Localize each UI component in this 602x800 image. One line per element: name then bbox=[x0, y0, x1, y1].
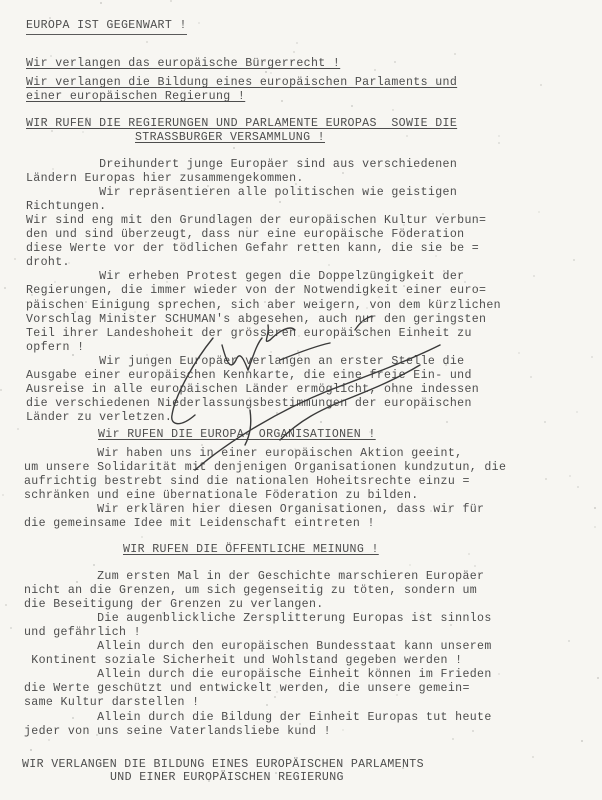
paper-speck bbox=[275, 772, 277, 774]
paper-speck bbox=[278, 125, 280, 127]
paper-speck bbox=[100, 2, 102, 4]
paper-speck bbox=[591, 356, 593, 358]
section2-line: aufrichtig bestrebt sind die nationalen … bbox=[24, 475, 470, 489]
appeal-heading-line2: STRASSBURGER VERSAMMLUNG ! bbox=[135, 131, 325, 145]
paper-speck bbox=[265, 71, 267, 73]
paper-speck bbox=[170, 0, 172, 2]
paper-speck bbox=[320, 421, 322, 423]
section1-line: droht. bbox=[26, 256, 70, 270]
paper-speck bbox=[518, 352, 520, 354]
paper-speck bbox=[468, 553, 470, 555]
paper-speck bbox=[594, 507, 596, 509]
section1-line: Wir jungen Europäer verlangen an erster … bbox=[26, 355, 464, 369]
paper-speck bbox=[538, 211, 540, 213]
paper-speck bbox=[30, 749, 32, 751]
section3-line: die Beseitigung der Grenzen zu verlangen… bbox=[24, 598, 324, 612]
section3-line: Allein durch die Bildung der Einheit Eur… bbox=[24, 711, 492, 725]
section1-line: Wir repräsentieren alle politischen wie … bbox=[26, 186, 457, 200]
paper-speck bbox=[366, 307, 368, 309]
demand-parliament-line2: einer europäischen Regierung ! bbox=[26, 90, 245, 104]
paper-speck bbox=[464, 281, 466, 283]
paper-speck bbox=[435, 255, 437, 257]
section3-line: nicht an die Grenzen, um sich gegenseiti… bbox=[24, 584, 477, 598]
paper-speck bbox=[93, 564, 95, 566]
paper-speck bbox=[533, 275, 535, 277]
section1-line: Ausreise in alle europäischen Länder erm… bbox=[26, 383, 479, 397]
paper-speck bbox=[266, 704, 268, 706]
paper-speck bbox=[264, 301, 266, 303]
section1-line: Richtungen. bbox=[26, 200, 106, 214]
closing-line1: WIR VERLANGEN DIE BILDUNG EINES EUROPÄIS… bbox=[22, 758, 424, 772]
paper-speck bbox=[452, 738, 454, 740]
paper-speck bbox=[279, 201, 281, 203]
paper-speck bbox=[569, 475, 571, 477]
section1-line: diese Werte vor der tödlichen Gefahr ret… bbox=[26, 242, 479, 256]
paper-speck bbox=[142, 593, 144, 595]
section1-line: Wir sind eng mit den Grundlagen der euro… bbox=[26, 214, 486, 228]
paper-speck bbox=[250, 714, 252, 716]
paper-speck bbox=[421, 611, 423, 613]
paper-speck bbox=[351, 105, 353, 107]
section1-line: Dreihundert junge Europäer sind aus vers… bbox=[26, 158, 457, 172]
paper-speck bbox=[233, 147, 235, 149]
paper-speck bbox=[406, 135, 408, 137]
paper-speck bbox=[293, 51, 295, 53]
paper-speck bbox=[198, 22, 200, 24]
section2-line: um unsere Solidarität mit denjenigen Org… bbox=[24, 461, 506, 475]
paper-speck bbox=[296, 42, 298, 44]
paper-speck bbox=[51, 130, 53, 132]
paper-speck bbox=[10, 627, 12, 629]
paper-speck bbox=[581, 740, 583, 742]
paper-speck bbox=[5, 604, 7, 606]
paper-speck bbox=[52, 168, 54, 170]
section3-line: Kontinent soziale Sicherheit und Wohlsta… bbox=[24, 654, 462, 668]
paper-speck bbox=[342, 729, 344, 731]
paper-speck bbox=[298, 335, 300, 337]
section1-line: Länder zu verletzen. bbox=[26, 411, 172, 425]
paper-speck bbox=[544, 421, 546, 423]
paper-speck bbox=[141, 536, 143, 538]
section1-line: Regierungen, die immer wieder von der No… bbox=[26, 284, 486, 298]
paper-speck bbox=[392, 109, 394, 111]
paper-speck bbox=[446, 421, 448, 423]
paper-speck bbox=[53, 244, 55, 246]
paper-speck bbox=[369, 431, 371, 433]
paper-speck bbox=[576, 411, 578, 413]
paper-speck bbox=[594, 526, 596, 528]
paper-speck bbox=[2, 494, 4, 496]
paper-speck bbox=[573, 259, 575, 261]
section3-line: Allein durch den europäischen Bundesstaa… bbox=[24, 640, 492, 654]
demand-parliament-line1: Wir verlangen die Bildung eines europäis… bbox=[26, 76, 457, 90]
paper-speck bbox=[394, 61, 396, 63]
paper-speck bbox=[207, 185, 209, 187]
paper-speck bbox=[34, 205, 36, 207]
typewritten-manifesto-page: EUROPA IST GEGENWART ! Wir verlangen das… bbox=[0, 0, 602, 800]
paper-speck bbox=[409, 564, 411, 566]
paper-speck bbox=[397, 392, 399, 394]
paper-speck bbox=[49, 17, 51, 19]
section1-line: Vorschlag Minister SCHUMAN's abgesehen, … bbox=[26, 313, 486, 327]
paper-speck bbox=[362, 321, 364, 323]
section2-line: Wir erklären hier diesen Organisationen,… bbox=[24, 503, 484, 517]
paper-speck bbox=[530, 376, 532, 378]
paper-speck bbox=[216, 62, 218, 64]
paper-speck bbox=[577, 486, 579, 488]
section2-line: Wir haben uns in einer europäischen Akti… bbox=[24, 447, 462, 461]
paper-speck bbox=[568, 640, 570, 642]
section3-line: same Kultur darstellen ! bbox=[24, 696, 199, 710]
section3-line: Allein durch die europäische Einheit kön… bbox=[24, 668, 492, 682]
demand-citizenship: Wir verlangen das europäische Bürgerrech… bbox=[26, 57, 340, 71]
paper-speck bbox=[597, 677, 599, 679]
paper-speck bbox=[540, 84, 542, 86]
section3-line: jeder von uns seine Vaterlandsliebe kund… bbox=[24, 725, 331, 739]
section1-line: Wir erheben Protest gegen die Doppelzüng… bbox=[26, 270, 464, 284]
paper-speck bbox=[201, 444, 203, 446]
paper-speck bbox=[68, 262, 70, 264]
paper-speck bbox=[454, 53, 456, 55]
paper-speck bbox=[48, 739, 50, 741]
paper-speck bbox=[294, 448, 296, 450]
section1-line: Teil ihrer Landeshoheit der grösseren eu… bbox=[26, 327, 472, 341]
paper-speck bbox=[333, 521, 335, 523]
paper-speck bbox=[14, 258, 16, 260]
paper-speck bbox=[270, 351, 272, 353]
paper-speck bbox=[146, 41, 148, 43]
paper-speck bbox=[208, 780, 210, 782]
section1-line: Ländern Europas hier zusammengekommen. bbox=[26, 172, 304, 186]
paper-speck bbox=[445, 364, 447, 366]
paper-speck bbox=[82, 131, 84, 133]
section1-line: opfern ! bbox=[26, 341, 84, 355]
paper-speck bbox=[248, 249, 250, 251]
section3-line: und gefährlich ! bbox=[24, 626, 141, 640]
paper-speck bbox=[50, 55, 52, 57]
section3-line: die Werte geschützt und entwickelt werde… bbox=[24, 682, 470, 696]
appeal-heading-line1: WIR RUFEN DIE REGIERUNGEN UND PARLAMENTE… bbox=[26, 117, 457, 131]
section2-line: die gemeinsame Idee mit Leidenschaft ein… bbox=[24, 517, 375, 531]
paper-speck bbox=[374, 69, 376, 71]
paper-speck bbox=[270, 72, 272, 74]
section1-line: Ausgabe einer europäischen Kennkarte, di… bbox=[26, 369, 472, 383]
paper-speck bbox=[474, 565, 476, 567]
paper-speck bbox=[298, 354, 300, 356]
section3-line: Zum ersten Mal in der Geschichte marschi… bbox=[24, 570, 484, 584]
paper-speck bbox=[274, 696, 276, 698]
section2-heading: Wir RUFEN DIE EUROPA- ORGANISATIONEN ! bbox=[98, 428, 376, 442]
paper-speck bbox=[328, 264, 330, 266]
section1-line: den und sind überzeugt, dass nur eine eu… bbox=[26, 228, 464, 242]
paper-speck bbox=[297, 350, 299, 352]
section3-line: Die augenblickliche Zersplitterung Europ… bbox=[24, 612, 492, 626]
paper-speck bbox=[0, 389, 2, 391]
paper-speck bbox=[342, 172, 344, 174]
paper-speck bbox=[4, 287, 6, 289]
paper-speck bbox=[276, 412, 278, 414]
paper-speck bbox=[17, 428, 19, 430]
section2-line: schränken und eine übernationale Föderat… bbox=[24, 489, 419, 503]
paper-speck bbox=[532, 756, 534, 758]
document-title: EUROPA IST GEGENWART ! bbox=[26, 19, 187, 35]
paper-speck bbox=[498, 673, 500, 675]
paper-speck bbox=[545, 478, 547, 480]
paper-speck bbox=[472, 730, 474, 732]
paper-speck bbox=[498, 135, 500, 137]
paper-speck bbox=[498, 142, 500, 144]
section3-heading: WIR RUFEN DIE ÖFFENTLICHE MEINUNG ! bbox=[123, 543, 379, 557]
closing-line2: UND EINER EUROPÄISCHEN REGIERUNG bbox=[110, 771, 344, 785]
paper-speck bbox=[281, 100, 283, 102]
